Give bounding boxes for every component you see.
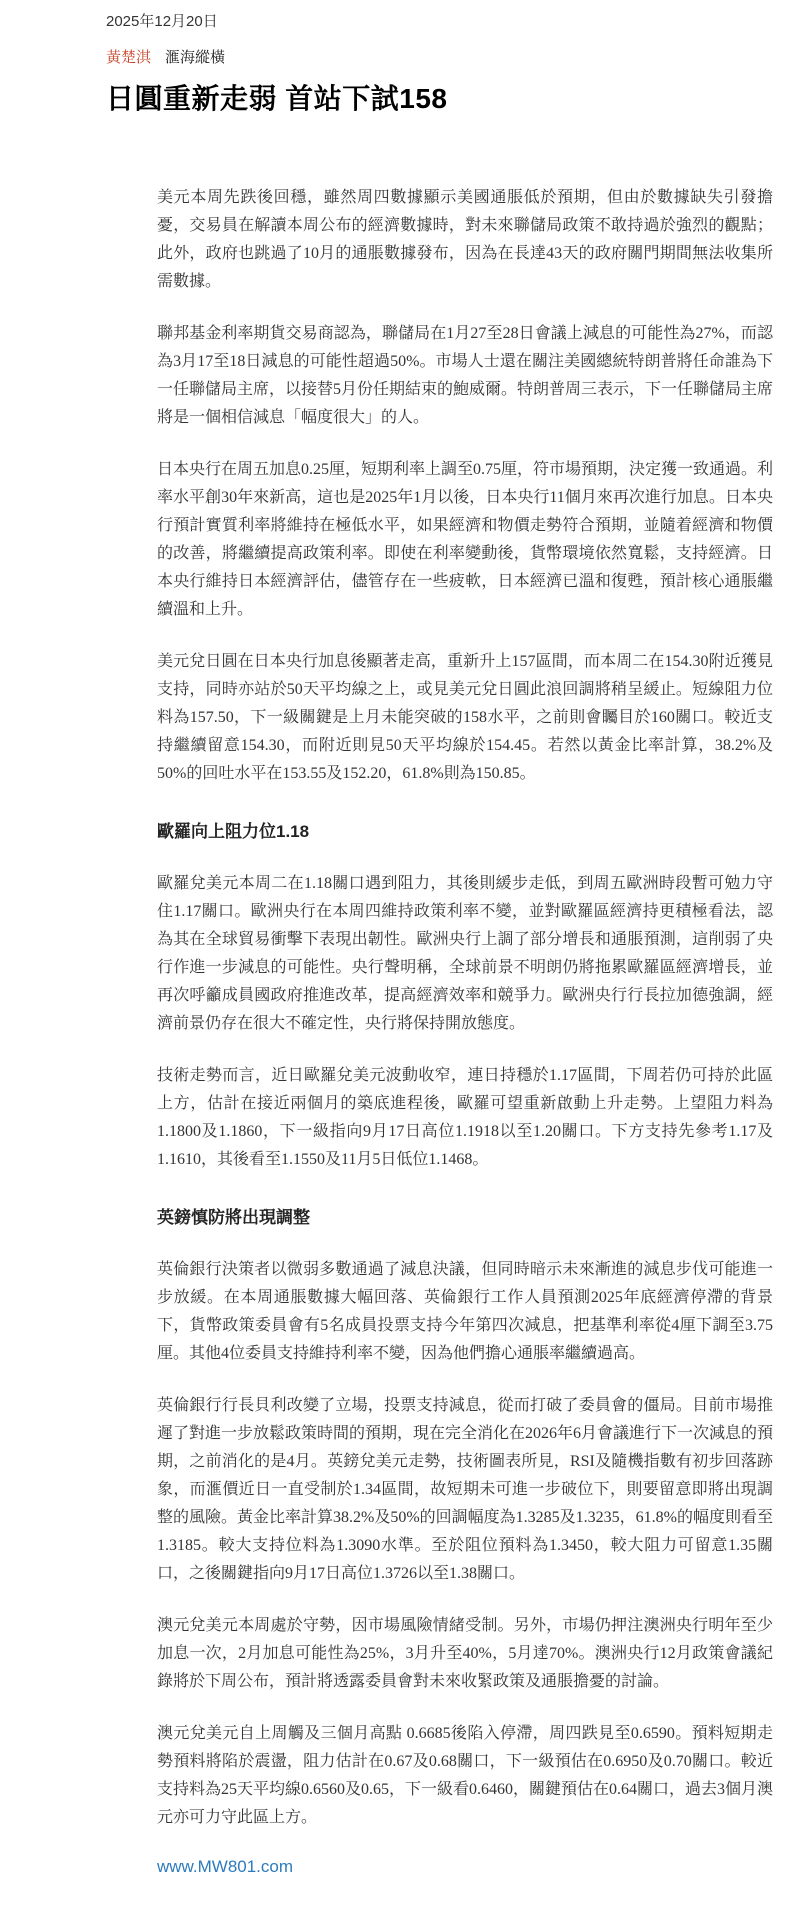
- author-link[interactable]: 黃楚淇: [106, 47, 151, 69]
- article-paragraph: 日本央行在周五加息0.25厘，短期利率上調至0.75厘，符市場預期，決定獲一致通…: [157, 456, 773, 624]
- article-paragraph: 美元本周先跌後回穩，雖然周四數據顯示美國通脹低於預期，但由於數據缺失引發擔憂，交…: [157, 184, 773, 296]
- article-title: 日圓重新走弱 首站下試158: [106, 82, 773, 116]
- column-name-label: 滙海縱橫: [165, 47, 225, 69]
- section-heading: 英鎊慎防將出現調整: [157, 1206, 773, 1230]
- article-paragraph: 聯邦基金利率期貨交易商認為，聯儲局在1月27至28日會議上減息的可能性為27%，…: [157, 320, 773, 432]
- article-page: 2025年12月20日 黃楚淇 滙海縱橫 日圓重新走弱 首站下試158 美元本周…: [0, 0, 800, 1923]
- article-paragraph: 英倫銀行行長貝利改變了立場，投票支持減息，從而打破了委員會的僵局。目前市場推遲了…: [157, 1392, 773, 1588]
- article-date: 2025年12月20日: [106, 12, 773, 32]
- article-paragraph: 美元兌日圓在日本央行加息後顯著走高，重新升上157區間，而本周二在154.30附…: [157, 648, 773, 788]
- article-paragraph: 澳元兌美元本周處於守勢，因市場風險情緒受制。另外，市場仍押注澳洲央行明年至少加息…: [157, 1612, 773, 1696]
- section-heading: 歐羅向上阻力位1.18: [157, 820, 773, 844]
- article-paragraph: 歐羅兌美元本周二在1.18關口遇到阻力，其後則緩步走低，到周五歐洲時段暫可勉力守…: [157, 870, 773, 1038]
- article-paragraph: 澳元兌美元自上周觸及三個月高點 0.6685後陷入停滯，周四跌見至0.6590。…: [157, 1720, 773, 1832]
- byline: 黃楚淇 滙海縱橫: [106, 47, 773, 69]
- article-paragraph: 技術走勢而言，近日歐羅兌美元波動收窄，連日持穩於1.17區間，下周若仍可持於此區…: [157, 1062, 773, 1174]
- article-paragraph: 英倫銀行決策者以微弱多數通過了減息決議，但同時暗示未來漸進的減息步伐可能進一步放…: [157, 1256, 773, 1368]
- article-footer: www.MW801.com: [157, 1856, 773, 1896]
- article-body: 美元本周先跌後回穩，雖然周四數據顯示美國通脹低於預期，但由於數據缺失引發擔憂，交…: [157, 184, 773, 1832]
- site-link[interactable]: www.MW801.com: [157, 1857, 293, 1876]
